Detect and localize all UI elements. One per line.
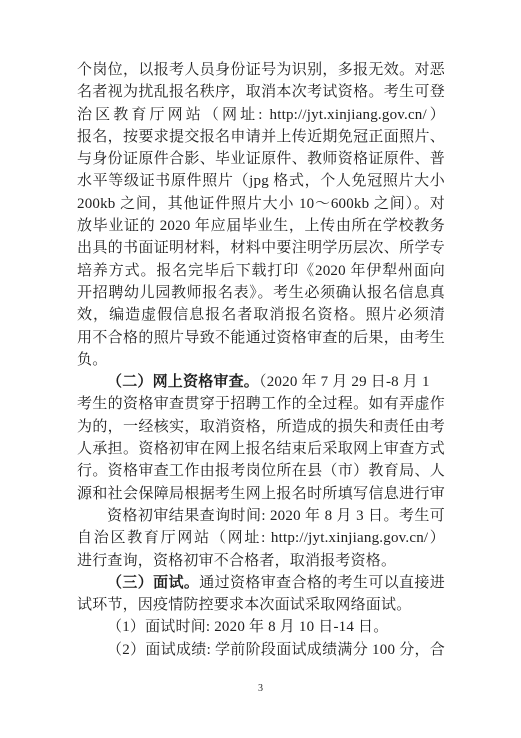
text-line: 人承担。资格初审在网上报名结束后采取网上审查方式进 — [77, 438, 445, 460]
text-line: 培养方式。报名完毕后下载打印《2020 年伊犁州面向社会公 — [77, 260, 445, 282]
text-line: 水平等级证书原件照片（jpg 格式，个人免冠照片大小 10～ — [77, 170, 445, 192]
document-page: 个岗位，以报考人员身份证号为识别，多报无效。对恶意报 名者视为扰乱报名秩序，取消… — [0, 0, 521, 738]
section-heading-bold: （二）网上资格审查。 — [107, 374, 259, 390]
text-line: 试环节，因疫情防控要求本次面试采取网络面试。 — [77, 594, 445, 616]
text-line: 个岗位，以报考人员身份证号为识别，多报无效。对恶意报 — [77, 59, 445, 81]
text-line: 进行查询，资格初审不合格者，取消报考资格。 — [77, 550, 445, 572]
text-line: 出具的书面证明材料，材料中要注明学历层次、所学专业及 — [77, 237, 445, 259]
text-line-interview-time: （1）面试时间: 2020 年 8 月 10 日-14 日。 — [77, 616, 445, 638]
text-line: 200kb 之间，其他证件照片大小 10～600kb 之间）。对尚未发 — [77, 193, 445, 215]
text-line: 开招聘幼儿园教师报名表》。考生必须确认报名信息真实有 — [77, 282, 445, 304]
text-line: 考生的资格审查贯穿于招聘工作的全过程。如有弄虚作假行 — [77, 393, 445, 415]
section-heading-online-review: （二）网上资格审查。（2020 年 7 月 29 日-8 月 1 日） — [77, 371, 445, 393]
text-line: 负。 — [77, 349, 445, 371]
text-line-url: 治区教育厅网站（网址: http://jyt.xinjiang.gov.cn/） — [77, 104, 445, 126]
text-line: 资格初审结果查询时间: 2020 年 8 月 3 日。考生可登陆 — [77, 505, 445, 527]
text-line: 用不合格的照片导致不能通过资格审查的后果，由考生自 — [77, 327, 445, 349]
text-line: 为的，一经核实，取消资格，所造成的损失和责任由考生本 — [77, 416, 445, 438]
text-line: 效，编造虚假信息报名者取消报名资格。照片必须清晰，使 — [77, 304, 445, 326]
text-line: 源和社会保障局根据考生网上报名时所填写信息进行审查。 — [77, 483, 445, 505]
text-line: 报名，按要求提交报名申请并上传近期免冠正面照片、本人 — [77, 126, 445, 148]
section-heading-interview: （三）面试。通过资格审查合格的考生可以直接进入面 — [77, 572, 445, 594]
text-line-url: 自治区教育厅网站（网址: http://jyt.xinjiang.gov.cn/… — [77, 527, 445, 549]
text-line: 名者视为扰乱报名秩序，取消本次考试资格。考生可登陆自 — [77, 81, 445, 103]
text-line: 放毕业证的 2020 年应届毕业生，上传由所在学校教务部门 — [77, 215, 445, 237]
text-line: 与身份证原件合影、毕业证原件、教师资格证原件、普通话 — [77, 148, 445, 170]
section-heading-bold: （三）面试。 — [107, 575, 199, 591]
text-line: 行。资格审查工作由报考岗位所在县（市）教育局、人力资 — [77, 460, 445, 482]
page-number: 3 — [0, 683, 521, 695]
text-block: 个岗位，以报考人员身份证号为识别，多报无效。对恶意报 名者视为扰乱报名秩序，取消… — [77, 59, 445, 661]
text-line-interview-score: （2）面试成绩: 学前阶段面试成绩满分 100 分，合格 — [77, 639, 445, 661]
